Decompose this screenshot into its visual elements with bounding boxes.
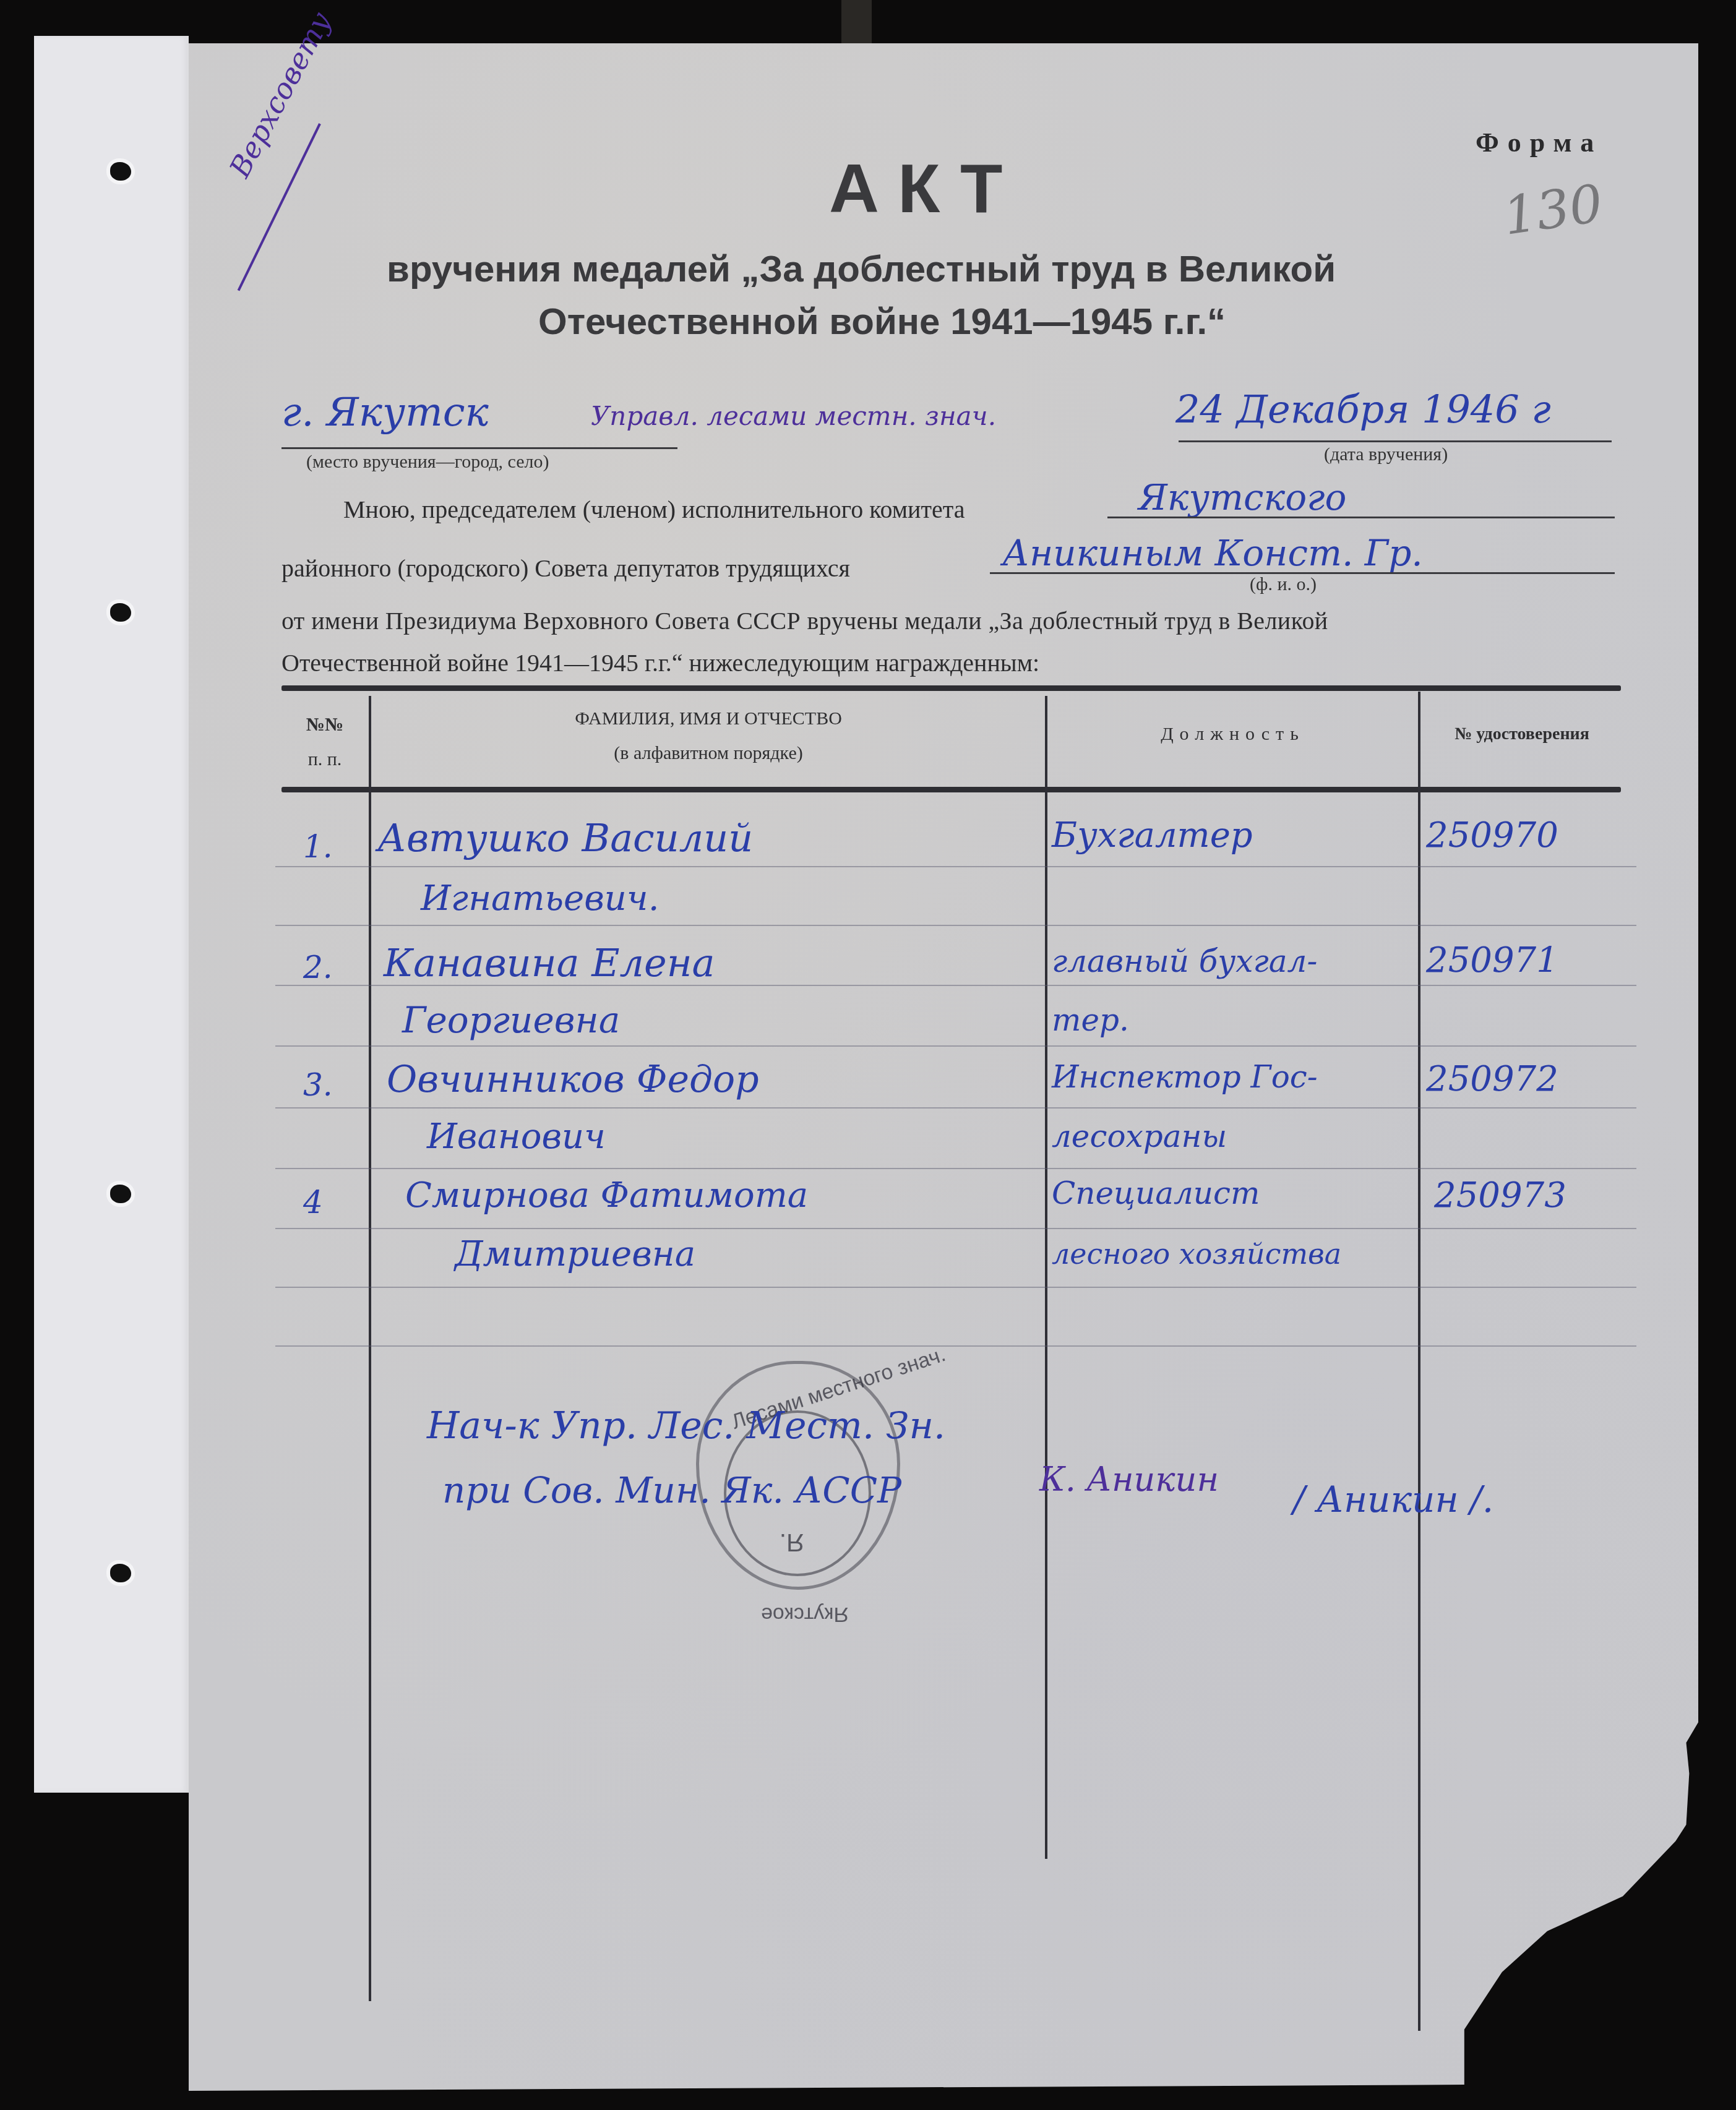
- binder-strip: [34, 36, 189, 1793]
- row-guide-line: [275, 1168, 1636, 1169]
- header-full-name: ФАМИЛИЯ, ИМЯ И ОТЧЕСТВО (в алфавитном по…: [374, 705, 1042, 767]
- row-guide-line: [275, 1345, 1636, 1347]
- row-2-name-line2: Георгиевна: [402, 999, 620, 1041]
- row-4-position-line1: Специалист: [1052, 1175, 1260, 1211]
- signatory-title-line1: Нач-к Упр. Лес. Мест. Зн.: [427, 1404, 945, 1447]
- header-full-name-line2: (в алфавитном порядке): [374, 740, 1042, 767]
- row-4-certificate: 250973: [1434, 1175, 1566, 1216]
- header-number-line1: №№: [285, 711, 365, 739]
- table-col-divider-1: [369, 696, 371, 2001]
- signatory-title-line2: при Сов. Мин. Як. АССР: [442, 1469, 901, 1511]
- row-2-position-line1: главный бухгал-: [1052, 943, 1317, 979]
- row-guide-line: [275, 1287, 1636, 1288]
- row-guide-line: [275, 925, 1636, 926]
- row-3-position-line1: Инспектор Гос-: [1052, 1059, 1318, 1095]
- table-col-divider-2: [1045, 696, 1047, 1859]
- form-label: Форма: [1476, 127, 1602, 158]
- committee-value: Якутского: [1138, 476, 1346, 518]
- row-2-position-line2: тер.: [1052, 1002, 1129, 1038]
- row-4-name-line2: Дмитриевна: [455, 1234, 695, 1274]
- stamp-text-bottom: Якутское: [761, 1602, 849, 1626]
- signatory-name: / Аникин /.: [1293, 1478, 1493, 1520]
- background-post-left: [841, 0, 866, 43]
- row-guide-line: [275, 1107, 1636, 1109]
- row-4-name-line1: Смирнова Фатимота: [405, 1175, 808, 1216]
- body-line-2: районного (городского) Совета депутатов …: [281, 554, 850, 583]
- row-1-name-line2: Игнатьевич.: [421, 878, 659, 919]
- official-value: Аникиным Конст. Гр.: [1002, 532, 1423, 574]
- committee-underline: [1107, 517, 1615, 518]
- organization-value: Управл. лесами местн. знач.: [591, 401, 996, 431]
- place-caption: (место вручения—город, село): [306, 452, 549, 473]
- row-guide-line: [275, 866, 1636, 867]
- punch-hole-icon: [110, 1185, 131, 1203]
- table-top-rule: [281, 685, 1621, 691]
- punch-hole-icon: [110, 162, 131, 181]
- row-1-number: 1.: [303, 829, 333, 865]
- document-subtitle-line2: Отечественной войне 1941—1945 г.г.“: [538, 300, 1226, 343]
- date-underline: [1179, 440, 1612, 442]
- table-col-divider-3: [1418, 692, 1420, 2031]
- official-caption: (ф. и. о.): [1250, 574, 1317, 595]
- row-1-certificate: 250970: [1426, 815, 1558, 856]
- place-value: г. Якутск: [281, 390, 489, 435]
- stamp-text-center: Я.: [780, 1528, 804, 1556]
- row-4-number: 4: [303, 1185, 323, 1220]
- row-3-certificate: 250972: [1426, 1059, 1558, 1099]
- row-2-number: 2.: [303, 950, 333, 985]
- row-4-position-line2: лесного хозяйства: [1052, 1237, 1341, 1271]
- row-2-name-line1: Канавина Елена: [384, 940, 715, 985]
- row-guide-line: [275, 1228, 1636, 1229]
- header-full-name-line1: ФАМИЛИЯ, ИМЯ И ОТЧЕСТВО: [374, 705, 1042, 732]
- row-3-number: 3.: [303, 1067, 333, 1103]
- header-number: №№ п. п.: [285, 711, 365, 773]
- body-line-4: Отечественной войне 1941—1945 г.г.“ ниже…: [281, 648, 1039, 677]
- row-1-position: Бухгалтер: [1052, 815, 1253, 856]
- signature-mark: К. Аникин: [1039, 1460, 1219, 1499]
- body-line-3: от имени Президиума Верховного Совета СС…: [281, 606, 1328, 635]
- punch-hole-icon: [110, 1564, 131, 1582]
- body-line-1: Мною, председателем (членом) исполнитель…: [343, 495, 965, 524]
- header-certificate: № удостоверения: [1423, 721, 1621, 748]
- document-subtitle-line1: вручения медалей „За доблестный труд в В…: [387, 247, 1336, 290]
- date-caption: (дата вручения): [1324, 444, 1448, 465]
- row-3-name-line1: Овчинников Федор: [387, 1058, 759, 1101]
- row-2-certificate: 250971: [1426, 940, 1558, 980]
- background-post-right: [863, 0, 872, 43]
- row-guide-line: [275, 1045, 1636, 1047]
- document-title: АКТ: [829, 148, 1021, 228]
- header-number-line2: п. п.: [285, 746, 365, 773]
- row-3-name-line2: Иванович: [427, 1117, 606, 1157]
- row-1-name-line1: Автушко Василий: [377, 815, 753, 860]
- place-underline: [281, 447, 677, 449]
- row-3-position-line2: лесохраны: [1052, 1118, 1227, 1154]
- date-value: 24 Декабря 1946 г: [1175, 387, 1551, 432]
- header-position: Должность: [1049, 721, 1417, 748]
- punch-hole-icon: [110, 603, 131, 622]
